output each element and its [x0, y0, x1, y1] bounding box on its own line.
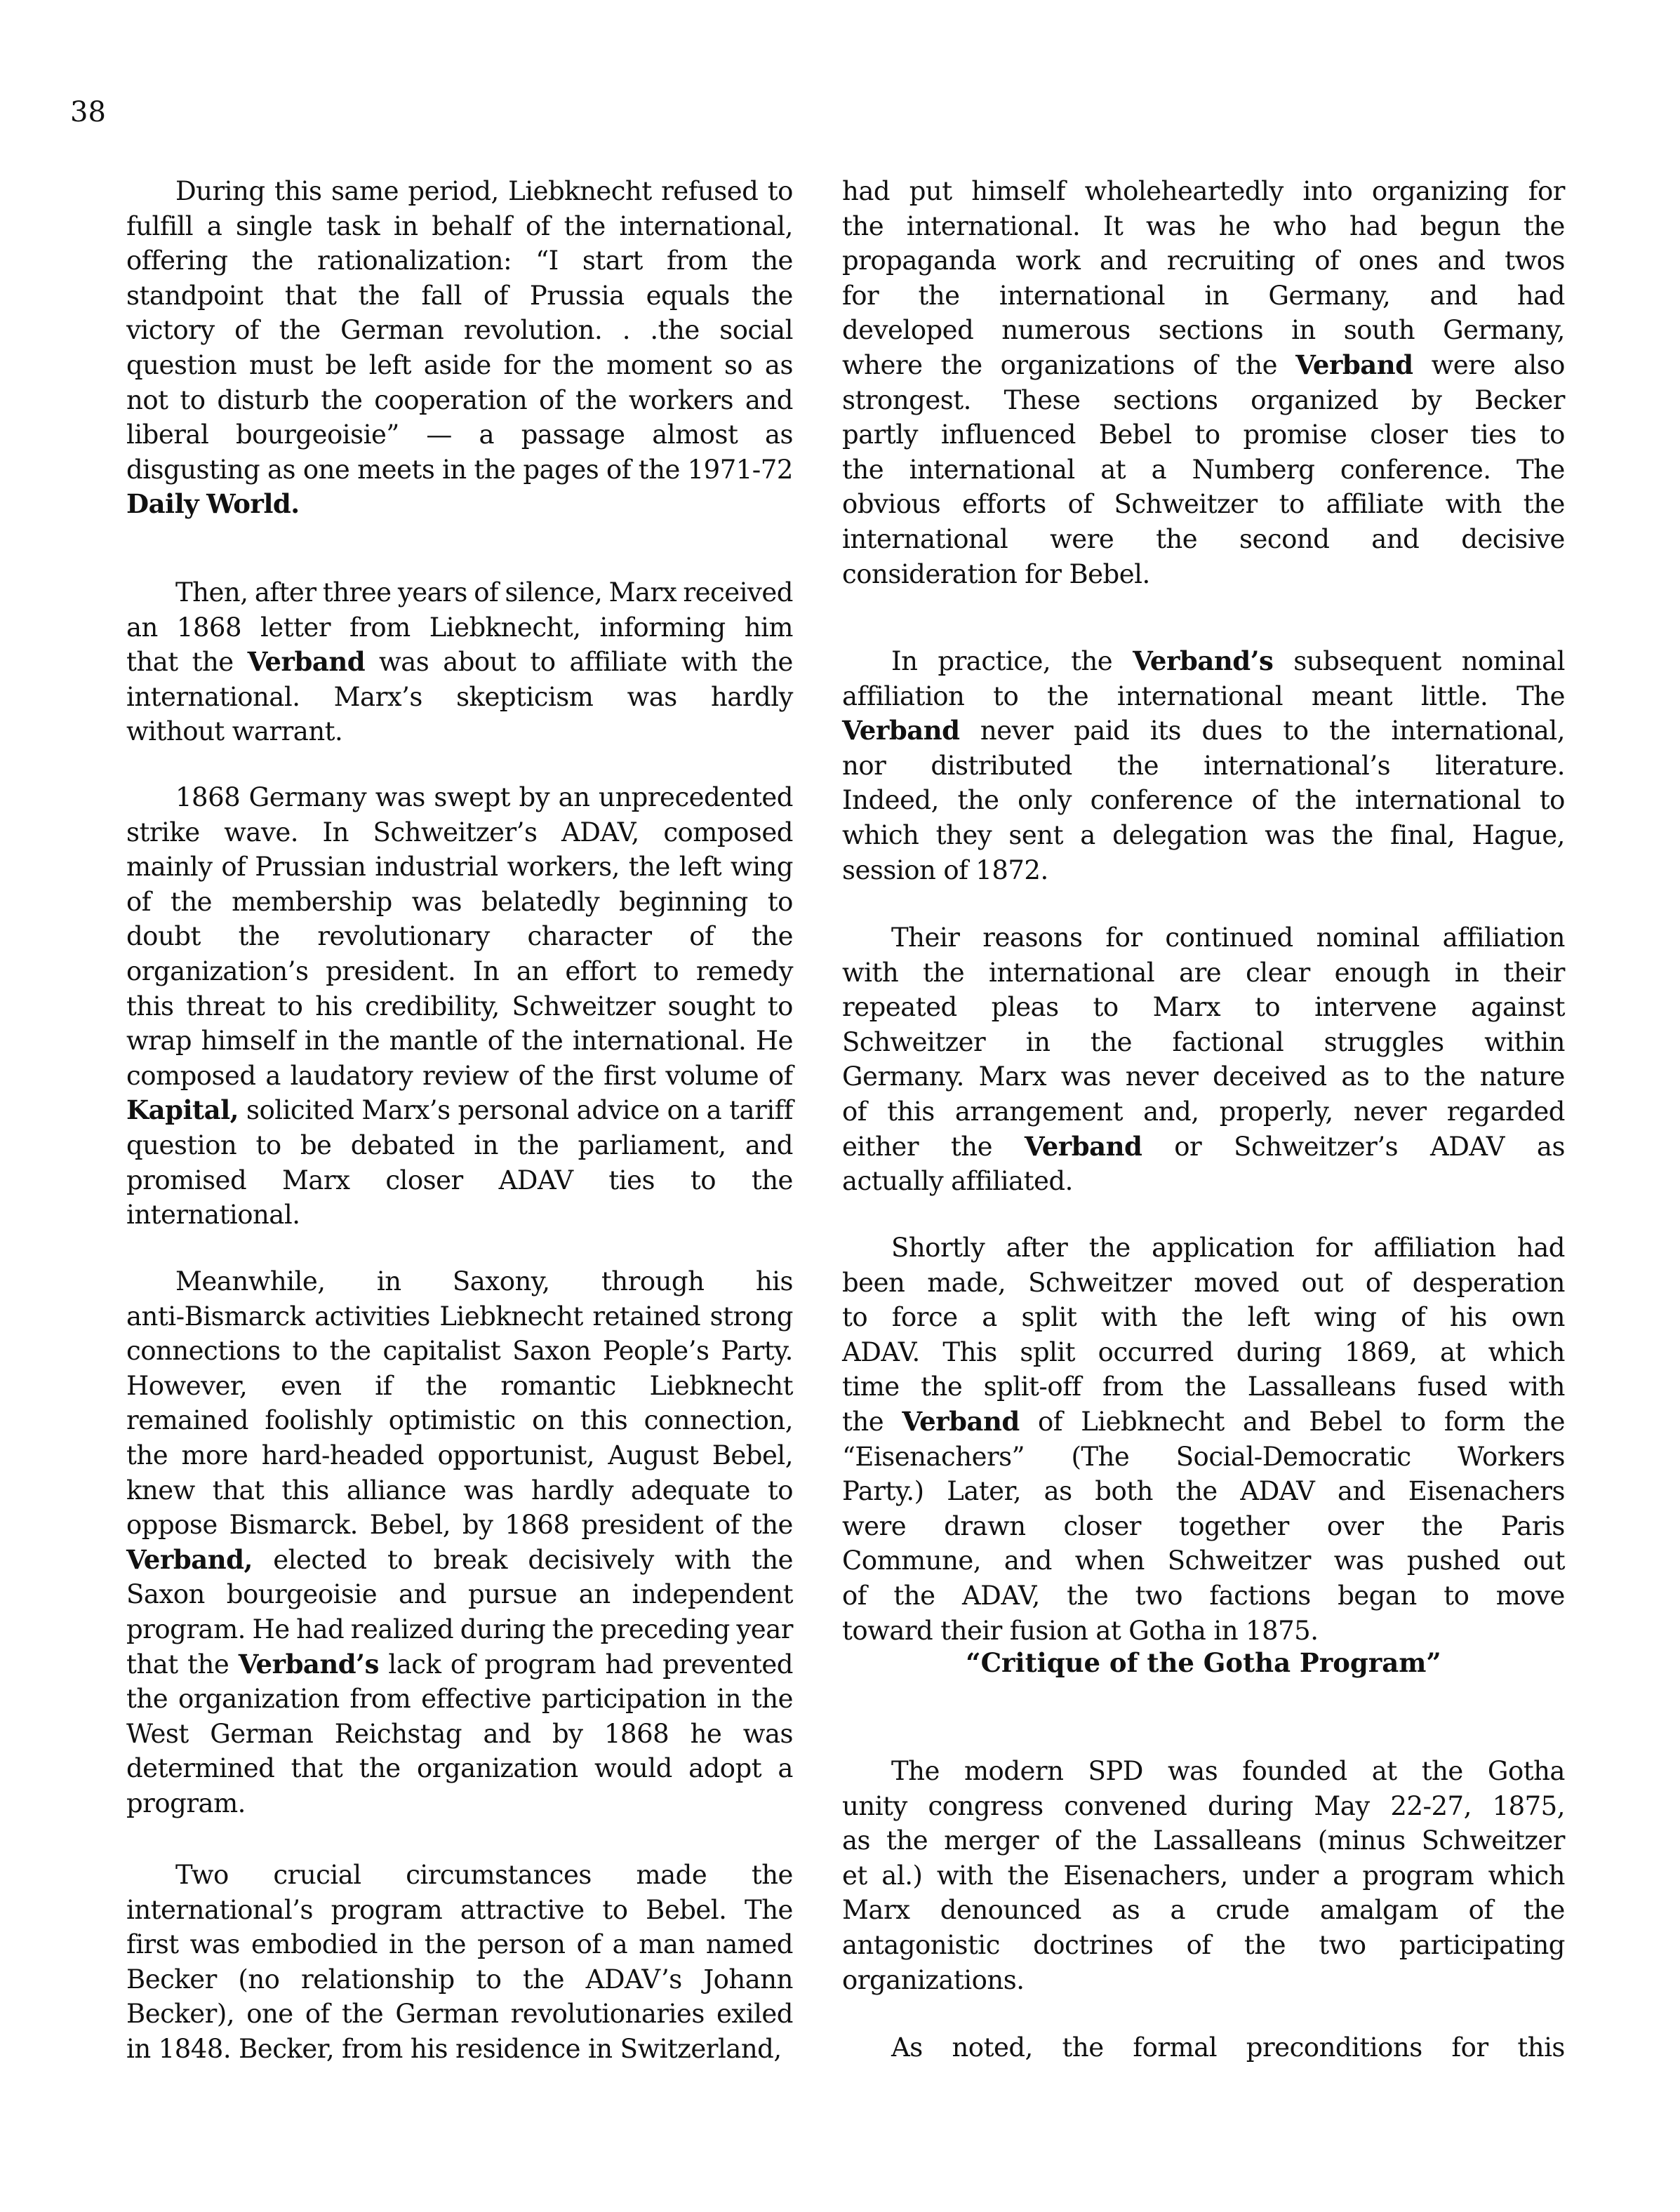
- word: Prussian: [255, 850, 366, 885]
- word: pages: [523, 453, 599, 488]
- word: left: [369, 348, 411, 383]
- word: liberal: [126, 417, 208, 453]
- word: 1848.: [159, 2032, 231, 2067]
- word: parliament,: [578, 1128, 726, 1163]
- word: May: [1314, 1789, 1369, 1824]
- word: Verband: [1025, 1130, 1142, 1165]
- word: program.: [126, 1612, 246, 1647]
- word: the: [923, 956, 964, 991]
- word: him: [745, 610, 793, 645]
- word: The: [1516, 453, 1565, 488]
- word: connections: [126, 1334, 281, 1369]
- word: the: [1424, 1059, 1465, 1094]
- paragraph: Duringthissameperiod,Liebknechtrefusedto…: [126, 174, 793, 522]
- word: to: [653, 954, 679, 989]
- text-line: promisedMarxcloserADAVtiestothe: [126, 1163, 793, 1198]
- word: was: [412, 885, 462, 920]
- word: from: [342, 2032, 403, 2067]
- word: Bebel,: [712, 1438, 793, 1473]
- word: prevented: [662, 1647, 793, 1682]
- word: Lassalleans: [1153, 1823, 1302, 1858]
- word: the: [1089, 1231, 1131, 1266]
- word: was: [379, 645, 429, 680]
- word: social: [719, 313, 793, 348]
- word: his: [315, 989, 352, 1024]
- word: of: [1252, 783, 1276, 818]
- word: this: [126, 989, 174, 1024]
- word: modern: [964, 1754, 1063, 1789]
- word: offering: [126, 243, 228, 279]
- word: 1872.: [975, 853, 1048, 888]
- word: Schweitzer: [1028, 1266, 1171, 1301]
- word: Germany.: [842, 1059, 964, 1094]
- word: Social-Democratic: [1176, 1440, 1411, 1475]
- word: that: [285, 279, 337, 314]
- word: this: [281, 1473, 329, 1508]
- word: that: [291, 1751, 343, 1786]
- text-line: withoutwarrant.: [126, 714, 793, 749]
- word: session: [842, 853, 935, 888]
- text-line: Becker(norelationshiptotheADAV’sJohann: [126, 1962, 793, 1997]
- word: only: [1018, 783, 1072, 818]
- word: the: [126, 1682, 168, 1717]
- text-line: Kapital,solicitedMarx’spersonaladviceona…: [126, 1093, 793, 1128]
- word: revolutionaries: [511, 1997, 705, 2032]
- word: in: [716, 1682, 741, 1717]
- word: international: [1117, 679, 1283, 714]
- text-line: international.: [126, 1198, 793, 1233]
- word: as: [765, 417, 793, 453]
- word: As: [891, 2030, 923, 2065]
- word: in: [394, 209, 418, 244]
- text-line: themorehard-headedopportunist,AugustBebe…: [126, 1438, 793, 1473]
- word: aside: [424, 348, 491, 383]
- word: his: [1450, 1300, 1487, 1335]
- word: bourgeoisie”: [236, 417, 399, 453]
- word: of: [606, 453, 631, 488]
- word: Liebknecht: [1081, 1405, 1225, 1440]
- word: the: [752, 243, 793, 279]
- text-line: Inpractice,theVerband’ssubsequentnominal: [842, 644, 1565, 679]
- word: in: [305, 1024, 329, 1059]
- word: laudatory: [291, 1059, 413, 1094]
- paragraph: Inpractice,theVerband’ssubsequentnominal…: [842, 644, 1565, 887]
- word: This: [942, 1335, 996, 1370]
- word: affiliation: [1443, 920, 1565, 956]
- word: Marx: [282, 1163, 350, 1198]
- word: to: [842, 1300, 867, 1335]
- word: Marx’s: [334, 680, 422, 715]
- word: the: [1071, 644, 1112, 679]
- word: was: [1265, 818, 1314, 853]
- word: practice,: [938, 644, 1051, 679]
- word: during: [1208, 1789, 1293, 1824]
- word: as: [765, 348, 793, 383]
- word: an: [579, 1577, 611, 1612]
- word: at: [1440, 1335, 1465, 1370]
- word: belatedly: [481, 885, 599, 920]
- word: if: [375, 1369, 392, 1404]
- word: German: [210, 1717, 313, 1752]
- word: never: [980, 713, 1053, 749]
- word: clear: [1246, 956, 1310, 991]
- word: 1875.: [1246, 1614, 1318, 1649]
- word: a: [1080, 818, 1095, 853]
- word: romantic: [500, 1369, 615, 1404]
- text-line: Indeed,theonlyconferenceoftheinternation…: [842, 783, 1565, 818]
- word: Workers: [1458, 1440, 1565, 1475]
- word: ones: [1359, 243, 1418, 279]
- word: letter: [260, 610, 331, 645]
- word: on: [532, 1403, 564, 1438]
- word: the: [752, 279, 793, 314]
- text-line: mainlyofPrussianindustrialworkers,thelef…: [126, 850, 793, 885]
- word: of: [519, 1059, 543, 1094]
- word: to: [1444, 1578, 1469, 1614]
- word: been: [842, 1266, 905, 1301]
- word: Shortly: [891, 1231, 985, 1266]
- word: workers: [629, 383, 733, 418]
- word: Their: [891, 920, 959, 956]
- text-line: Shortlyaftertheapplicationforaffiliation…: [842, 1231, 1565, 1266]
- word: (The: [1071, 1440, 1129, 1475]
- word: credibility,: [365, 989, 500, 1024]
- paragraph: 1868Germanywassweptbyanunprecedentedstri…: [126, 780, 793, 1233]
- text-line: Marxdenouncedasacrudeamalgamofthe: [842, 1893, 1565, 1928]
- word: wrap: [126, 1024, 192, 1059]
- word: occurred: [1098, 1335, 1214, 1370]
- word: the: [1524, 487, 1565, 522]
- text-line: an1868letterfromLiebknecht,informinghim: [126, 610, 793, 645]
- word: which: [1488, 1858, 1565, 1893]
- word: et: [842, 1858, 867, 1893]
- word: that: [126, 645, 178, 680]
- word: in: [474, 1128, 498, 1163]
- word: amalgam: [1320, 1893, 1438, 1928]
- text-line: antagonisticdoctrinesofthetwoparticipati…: [842, 1928, 1565, 1963]
- word: doctrines: [1033, 1928, 1153, 1963]
- word: he: [691, 1717, 722, 1752]
- text-line: remainedfoolishlyoptimisticonthisconnect…: [126, 1403, 793, 1438]
- text-line: propagandaworkandrecruitingofonesandtwos: [842, 243, 1565, 279]
- text-line: standpointthatthefallofPrussiaequalsthe: [126, 279, 793, 314]
- word: almost: [652, 417, 738, 453]
- word: alliance: [347, 1473, 446, 1508]
- word: hard-headed: [262, 1438, 424, 1473]
- word: within: [1484, 1025, 1565, 1060]
- word: a: [1333, 1858, 1348, 1893]
- word: of: [1469, 1893, 1493, 1928]
- word: meant: [1312, 679, 1392, 714]
- word: Two: [175, 1858, 229, 1893]
- word: pursue: [468, 1577, 557, 1612]
- word: Verband: [248, 645, 365, 680]
- word: Schweitzer: [1114, 487, 1257, 522]
- word: exiled: [716, 1997, 793, 2032]
- word: during: [460, 1612, 546, 1647]
- word: the: [1062, 2030, 1104, 2065]
- word: when: [1075, 1543, 1145, 1578]
- word: arrangement: [955, 1094, 1123, 1130]
- word: remained: [126, 1403, 248, 1438]
- word: Paris: [1501, 1509, 1565, 1544]
- text-line: Duringthissameperiod,Liebknechtrefusedto: [126, 174, 793, 209]
- word: the: [921, 1369, 962, 1405]
- word: advice: [577, 1093, 660, 1128]
- word: to: [691, 1163, 716, 1198]
- word: Germany,: [1443, 313, 1565, 348]
- word: In: [473, 954, 499, 989]
- word: and,: [1143, 1094, 1199, 1130]
- word: the: [1117, 749, 1159, 784]
- word: mainly: [126, 850, 213, 885]
- word: standpoint: [126, 279, 263, 314]
- paragraph: hadputhimselfwholeheartedlyintoorganizin…: [842, 174, 1565, 591]
- text-line: nordistributedtheinternational’sliteratu…: [842, 749, 1565, 784]
- word: first: [126, 1927, 179, 1962]
- word: with: [681, 645, 738, 680]
- text-line: strikewave.InSchweitzer’sADAV,composed: [126, 815, 793, 850]
- word: man: [639, 1927, 694, 1962]
- word: Gotha: [1488, 1754, 1565, 1789]
- word: to: [1540, 783, 1565, 818]
- word: Party.): [842, 1474, 924, 1509]
- word: passage: [521, 417, 625, 453]
- word: second: [1239, 522, 1329, 557]
- word: the: [941, 348, 982, 383]
- word: of: [474, 575, 498, 610]
- word: organization: [178, 1682, 340, 1717]
- word: .the: [650, 313, 699, 348]
- word: Bebel: [1099, 417, 1172, 453]
- word: drawn: [944, 1509, 1025, 1544]
- word: Bebel,: [370, 1508, 451, 1543]
- word: noted,: [952, 2030, 1032, 2065]
- word: Party.: [721, 1334, 793, 1369]
- paragraph: Twocrucialcircumstancesmadetheinternatio…: [126, 1858, 793, 2067]
- word: strike: [126, 815, 200, 850]
- word: the: [752, 1508, 793, 1543]
- word: Schweitzer: [842, 1025, 985, 1060]
- word: review: [422, 1059, 509, 1094]
- word: to: [768, 1473, 793, 1508]
- word: promise: [1243, 417, 1347, 453]
- word: had: [842, 174, 890, 209]
- word: ADAV.: [842, 1335, 920, 1370]
- word: 1868: [604, 1717, 669, 1752]
- word: under: [1242, 1858, 1318, 1893]
- word: the: [517, 1128, 559, 1163]
- word: developed: [842, 313, 973, 348]
- word: to: [768, 174, 793, 209]
- word: by: [552, 1717, 583, 1752]
- word: to: [768, 989, 793, 1024]
- word: obvious: [842, 487, 940, 522]
- word: of: [1187, 1928, 1211, 1963]
- text-line: Party.)Later,asboththeADAVandEisenachers: [842, 1474, 1565, 1509]
- word: the: [552, 1059, 594, 1094]
- word: and: [1004, 1543, 1052, 1578]
- word: relationship: [301, 1962, 455, 1997]
- word: to: [1384, 1059, 1409, 1094]
- word: the: [886, 1823, 928, 1858]
- word: had: [296, 1612, 344, 1647]
- word: “I: [535, 243, 559, 279]
- text-line: offeringtherationalization:“Istartfromth…: [126, 243, 793, 279]
- word: with: [1509, 1369, 1565, 1405]
- word: Verband’s: [1133, 644, 1273, 679]
- word: the: [629, 850, 670, 885]
- word: as: [1044, 1474, 1072, 1509]
- word: of: [1401, 1300, 1425, 1335]
- word: the: [1329, 713, 1371, 749]
- word: at: [1095, 1614, 1121, 1649]
- word: the: [321, 383, 362, 418]
- word: by: [462, 1508, 493, 1543]
- text-line: international’sprogramattractivetoBebel.…: [126, 1893, 793, 1928]
- word: personal: [458, 1093, 568, 1128]
- word: were: [1050, 522, 1114, 557]
- word: a: [265, 1059, 281, 1094]
- word: had: [606, 1647, 653, 1682]
- word: move: [1496, 1578, 1565, 1614]
- word: capitalist: [382, 1334, 500, 1369]
- word: are: [1179, 956, 1221, 991]
- word: 22-27,: [1390, 1789, 1471, 1824]
- word: the: [171, 885, 212, 920]
- word: year: [736, 1612, 793, 1647]
- word: 1971-72: [688, 453, 793, 488]
- word: Gotha: [1128, 1614, 1206, 1649]
- word: pushed: [1407, 1543, 1500, 1578]
- word: international.: [126, 1198, 300, 1233]
- word: the: [752, 1163, 793, 1198]
- word: also: [1514, 348, 1565, 383]
- word: program: [1362, 1858, 1474, 1893]
- word: the: [342, 1997, 383, 2032]
- word: August: [608, 1438, 698, 1473]
- word: “Eisenachers”: [842, 1440, 1025, 1475]
- word: solicited: [246, 1093, 354, 1128]
- word: cooperation: [374, 383, 527, 418]
- word: Meanwhile,: [175, 1264, 326, 1299]
- word: with: [674, 1543, 731, 1578]
- text-line: developednumeroussectionsinsouthGermany,: [842, 313, 1565, 348]
- word: little.: [1421, 679, 1488, 714]
- paragraph: Then,afterthreeyearsofsilence,Marxreceiv…: [126, 575, 793, 749]
- word: antagonistic: [842, 1928, 1000, 1963]
- word: in: [1291, 313, 1316, 348]
- word: ADAV: [1430, 1130, 1505, 1165]
- word: where: [842, 348, 922, 383]
- text-line: WestGermanReichstagandby1868hewas: [126, 1717, 793, 1752]
- word: of: [526, 209, 550, 244]
- word: Becker,: [239, 2032, 334, 2067]
- word: opportunist,: [437, 1438, 594, 1473]
- word: (minus: [1318, 1823, 1406, 1858]
- word: strongest.: [842, 383, 971, 418]
- text-line: nottodisturbthecooperationoftheworkersan…: [126, 383, 793, 418]
- word: effective: [421, 1682, 531, 1717]
- word: would: [594, 1751, 672, 1786]
- word: of: [451, 1647, 475, 1682]
- word: this: [1517, 2030, 1565, 2065]
- text-line: wheretheorganizationsoftheVerbandwereals…: [842, 348, 1565, 383]
- word: the: [523, 1962, 564, 1997]
- word: split: [1022, 1300, 1077, 1335]
- word: the: [1176, 1474, 1218, 1509]
- word: international.: [907, 209, 1080, 244]
- word: the: [1524, 1893, 1565, 1928]
- word: of: [1366, 1266, 1390, 1301]
- word: Liebknecht,: [429, 610, 581, 645]
- word: in: [377, 1264, 401, 1299]
- word: moment: [606, 348, 712, 383]
- word: put: [909, 174, 952, 209]
- word: the: [239, 919, 280, 954]
- word: first: [604, 1059, 656, 1094]
- word: split: [1020, 1335, 1075, 1370]
- text-line: Germany.Marxwasneverdeceivedastothenatur…: [842, 1059, 1565, 1094]
- word: a: [982, 1300, 997, 1335]
- word: in: [389, 1927, 413, 1962]
- word: a: [1152, 453, 1167, 488]
- word: During: [175, 174, 265, 209]
- word: Eisenachers,: [1063, 1858, 1228, 1893]
- word: its: [1150, 713, 1181, 749]
- text-line: ofthisarrangementand,properly,neverregar…: [842, 1094, 1565, 1130]
- word: decisive: [1461, 522, 1565, 557]
- word: were: [1432, 348, 1495, 383]
- word: either: [842, 1130, 919, 1165]
- word: Schweitzer: [1422, 1823, 1565, 1858]
- word: to: [1540, 417, 1565, 453]
- word: the: [1524, 209, 1565, 244]
- word: determined: [126, 1751, 274, 1786]
- text-line: connectionstothecapitalistSaxonPeople’sP…: [126, 1334, 793, 1369]
- word: efforts: [962, 487, 1046, 522]
- word: force: [892, 1300, 958, 1335]
- word: Marx: [979, 1059, 1047, 1094]
- text-line: beenmade,Schweitzermovedoutofdesperation: [842, 1266, 1565, 1301]
- word: founded: [1242, 1754, 1347, 1789]
- word: single: [236, 209, 312, 244]
- word: as: [1341, 1059, 1369, 1094]
- word: wing: [731, 850, 793, 885]
- word: bourgeoisie: [227, 1577, 377, 1612]
- text-line: withtheinternationalareclearenoughinthei…: [842, 956, 1565, 991]
- word: the: [564, 209, 606, 244]
- text-line: knewthatthisalliancewashardlyadequateto: [126, 1473, 793, 1508]
- word: this: [274, 174, 322, 209]
- word: the: [552, 348, 594, 383]
- word: of: [1314, 243, 1339, 279]
- word: the: [426, 1369, 467, 1404]
- word: the: [252, 243, 293, 279]
- word: this: [887, 1094, 935, 1130]
- word: the: [552, 1612, 594, 1647]
- word: crude: [1215, 1893, 1289, 1928]
- word: so: [724, 348, 752, 383]
- word: of: [488, 1024, 512, 1059]
- word: their: [940, 1614, 1002, 1649]
- word: together: [1179, 1509, 1289, 1544]
- word: affiliate: [569, 645, 667, 680]
- word: himself: [201, 1024, 295, 1059]
- word: himself: [971, 174, 1065, 209]
- word: Prussia: [530, 279, 625, 314]
- word: (no: [238, 1962, 279, 1997]
